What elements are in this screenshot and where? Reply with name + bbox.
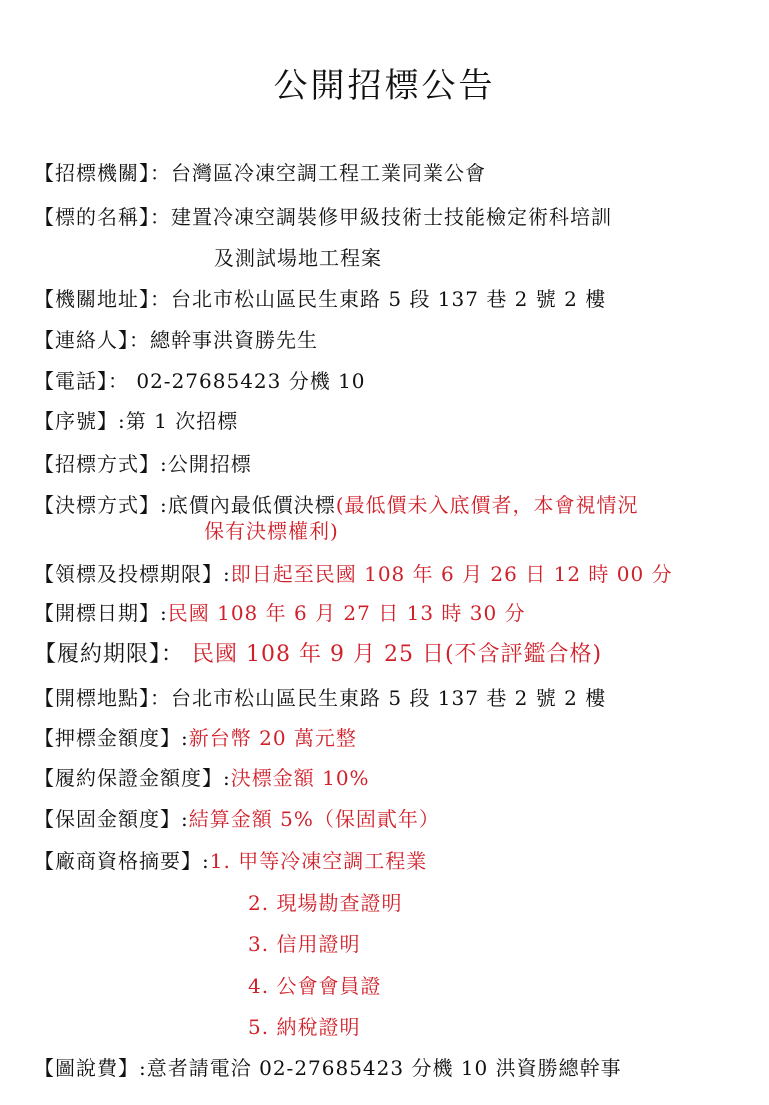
row-warranty: 【保固金額度】:結算金額 5%（保固貳年） [34, 806, 440, 832]
row-phone: 【電話】： 02-27685423 分機 10 [34, 368, 366, 394]
row-serial: 【序號】:第 1 次招標 [34, 408, 238, 434]
qualification-item: 4. 公會會員證 [248, 973, 381, 999]
row-bid-bond: 【押標金額度】:新台幣 20 萬元整 [34, 725, 357, 751]
row-award: 【決標方式】:底價內最低價決標(最低價未入底價者，本會視情況 [34, 492, 639, 518]
row-performance-period: 【履約期限】： 民國 108 年 9 月 25 日(不含評鑑合格) [34, 642, 602, 668]
qualification-item: 5. 納稅證明 [248, 1014, 360, 1040]
row-qualifications: 【廠商資格摘要】:1. 甲等冷凍空調工程業 [34, 848, 427, 874]
row-subject-cont: 及測試場地工程案 [214, 245, 382, 271]
row-opening-date: 【開標日期】:民國 108 年 6 月 27 日 13 時 30 分 [34, 600, 526, 626]
row-drawing-fee: 【圖說費】:意者請電洽 02-27685423 分機 10 洪資勝總幹事 [34, 1055, 622, 1081]
row-subject: 【標的名稱】：建置冷凍空調裝修甲級技術士技能檢定術科培訓 [34, 204, 612, 230]
row-address: 【機關地址】：台北市松山區民生東路 5 段 137 巷 2 號 2 樓 [34, 286, 606, 312]
row-deadline: 【領標及投標期限】:即日起至民國 108 年 6 月 26 日 12 時 00 … [34, 561, 673, 587]
qualification-item: 3. 信用證明 [248, 931, 360, 957]
row-performance-bond: 【履約保證金額度】:決標金額 10% [34, 765, 370, 791]
row-method: 【招標方式】:公開招標 [34, 451, 252, 477]
row-contact: 【連絡人】：總幹事洪資勝先生 [34, 327, 318, 353]
row-agency: 【招標機關】：台灣區冷凍空調工程工業同業公會 [34, 160, 486, 186]
qualification-item: 2. 現場勘查證明 [248, 890, 402, 916]
row-opening-place: 【開標地點】：台北市松山區民生東路 5 段 137 巷 2 號 2 樓 [34, 685, 606, 711]
row-award-cont: 保有決標權利) [204, 518, 339, 544]
page-title: 公開招標公告 [0, 58, 769, 107]
